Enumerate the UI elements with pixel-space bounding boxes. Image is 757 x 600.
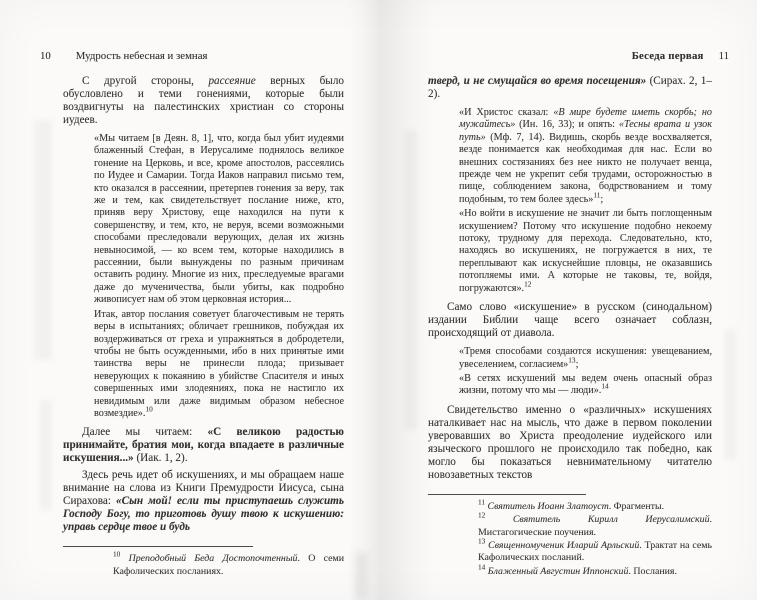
paragraph-various-temptations: Свидетельство именно о «различных» искуш… (428, 404, 712, 482)
paragraph-sirach-continued: тверд, и не смущайся во время посещения»… (428, 75, 712, 101)
page-left: 10 Мудрость небесная и земная С другой с… (63, 50, 344, 579)
gutter-shadow (348, 0, 436, 600)
running-title-left: Мудрость небесная и земная (76, 50, 208, 63)
paragraph-dispersion: С другой стороны, рассеяние верных было … (63, 75, 344, 127)
bleed-through-mark (40, 400, 52, 510)
block-quote-bede: «Мы читаем [в Деян. 8, 1], что, когда бы… (94, 133, 344, 420)
quote-paragraph: Итак, автор послания советует благочести… (94, 309, 344, 421)
bleed-through-mark (34, 120, 52, 360)
paragraph-james-quote: Далее мы читаем: «С великою радостью при… (63, 426, 344, 465)
footnotes-right: 11 Святитель Иоанн Златоуст. Фрагменты. … (428, 494, 712, 578)
footnote: 11 Святитель Иоанн Златоуст. Фрагменты. (478, 501, 712, 513)
bleed-through-mark (404, 130, 418, 430)
footnote: 13 Священномученик Иларий Арльский. Трак… (478, 540, 712, 565)
quote-paragraph: «Мы читаем [в Деян. 8, 1], что, когда бы… (94, 133, 344, 307)
running-title-right: Беседа первая (632, 50, 704, 63)
running-head-right: Беседа первая 11 (428, 50, 712, 63)
footnote-separator (63, 546, 253, 547)
quote-paragraph: «В сетях искушений мы ведем очень опасны… (459, 373, 712, 398)
page-number-right: 11 (719, 50, 729, 63)
footnote: 10 Преподобный Беда Достопочтенный. О се… (113, 553, 344, 578)
paragraph-sirach-intro: Здесь речь идет об искушениях, и мы обра… (63, 469, 344, 534)
running-head-left: 10 Мудрость небесная и земная (63, 50, 344, 63)
footnote: 14 Блаженный Августин Иппонский. Послани… (478, 566, 712, 578)
block-quote-hilary-augustine: «Тремя способами создаются искушения: ув… (459, 346, 712, 398)
block-quote-chrysostom: «И Христос сказал: «В мире будете иметь … (459, 107, 712, 295)
book-scan: 10 Мудрость небесная и земная С другой с… (0, 0, 757, 600)
page-right: Беседа первая 11 тверд, и не смущайся во… (428, 50, 712, 579)
quote-paragraph: «Тремя способами создаются искушения: ув… (459, 346, 712, 371)
gutter-bottom-shadow (355, 552, 367, 600)
page-number-left: 10 (40, 50, 51, 63)
quote-paragraph: «И Христос сказал: «В мире будете иметь … (459, 107, 712, 206)
quote-paragraph: «Но войти в искушение не значит ли быть … (459, 208, 712, 295)
paragraph-temptation-word: Само слово «искушение» в русском (синода… (428, 301, 712, 340)
footnote: 12 Святитель Кирилл Иерусалимский. Миста… (478, 514, 712, 539)
footnote-separator (428, 494, 586, 495)
bleed-through-mark (724, 330, 736, 460)
footnotes-left: 10 Преподобный Беда Достопочтенный. О се… (63, 546, 344, 578)
